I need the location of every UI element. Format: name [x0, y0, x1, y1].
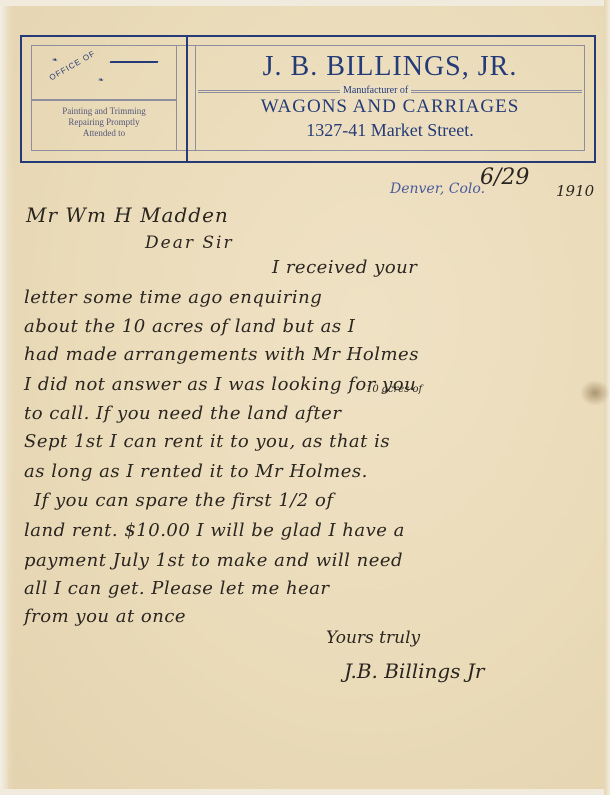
paper-edge-left	[0, 0, 8, 795]
body-line: If you can spare the first 1/2 of	[34, 490, 334, 511]
company-name: J. B. BILLINGS, JR.	[196, 52, 584, 82]
body-line: to call. If you need the land after	[24, 403, 341, 424]
body-line: letter some time ago enquiring	[24, 287, 322, 308]
body-line: as long as I rented it to Mr Holmes.	[24, 461, 368, 482]
ornament-icon: ❧	[98, 76, 105, 84]
dateline-date: 6/29	[480, 165, 529, 190]
body-line: payment July 1st to make and will need	[24, 550, 403, 571]
insertion-note: 10 acres of	[366, 384, 422, 395]
closing: Yours truly	[326, 628, 420, 648]
ink-stain	[580, 380, 610, 406]
service-line: Painting and Trimming	[32, 106, 176, 117]
body-line: from you at once	[24, 606, 186, 627]
body-line: about the 10 acres of land but as I	[24, 316, 355, 337]
services-text: Painting and Trimming Repairing Promptly…	[32, 106, 176, 139]
addressee: Mr Wm H Madden	[26, 203, 229, 227]
signature: J.B. Billings Jr	[344, 659, 484, 683]
salutation: Dear Sir	[145, 233, 234, 253]
body-line: all I can get. Please let me hear	[24, 578, 330, 599]
body-line: land rent. $10.00 I will be glad I have …	[24, 520, 405, 541]
body-line: I received your	[272, 257, 417, 278]
letterhead-divider	[186, 35, 188, 161]
ornament-icon: ❧	[52, 56, 59, 64]
dateline-year: 1910	[556, 182, 594, 200]
products-line: WAGONS AND CARRIAGES	[196, 96, 584, 118]
paper-edge-top	[0, 0, 610, 6]
paper-edge-bottom	[0, 789, 610, 795]
company-address: 1327-41 Market Street.	[196, 120, 584, 141]
service-line: Attended to	[32, 128, 176, 139]
letter-paper: ❧ OFFICE OF ❧ Painting and Trimming Repa…	[0, 0, 610, 795]
office-of-block: ❧ OFFICE OF ❧	[46, 58, 166, 98]
letterhead-divider	[176, 45, 177, 150]
body-line: Sept 1st I can rent it to you, as that i…	[24, 431, 390, 452]
body-line: had made arrangements with Mr Holmes	[24, 344, 419, 365]
dateline-place: Denver, Colo.	[390, 181, 485, 197]
manufacturer-of-label: Manufacturer of	[340, 85, 411, 96]
body-line: I did not answer as I was looking for yo…	[24, 374, 416, 395]
office-of-blank-line	[110, 61, 159, 63]
service-line: Repairing Promptly	[32, 117, 176, 128]
letterhead-left-rule	[32, 99, 176, 101]
